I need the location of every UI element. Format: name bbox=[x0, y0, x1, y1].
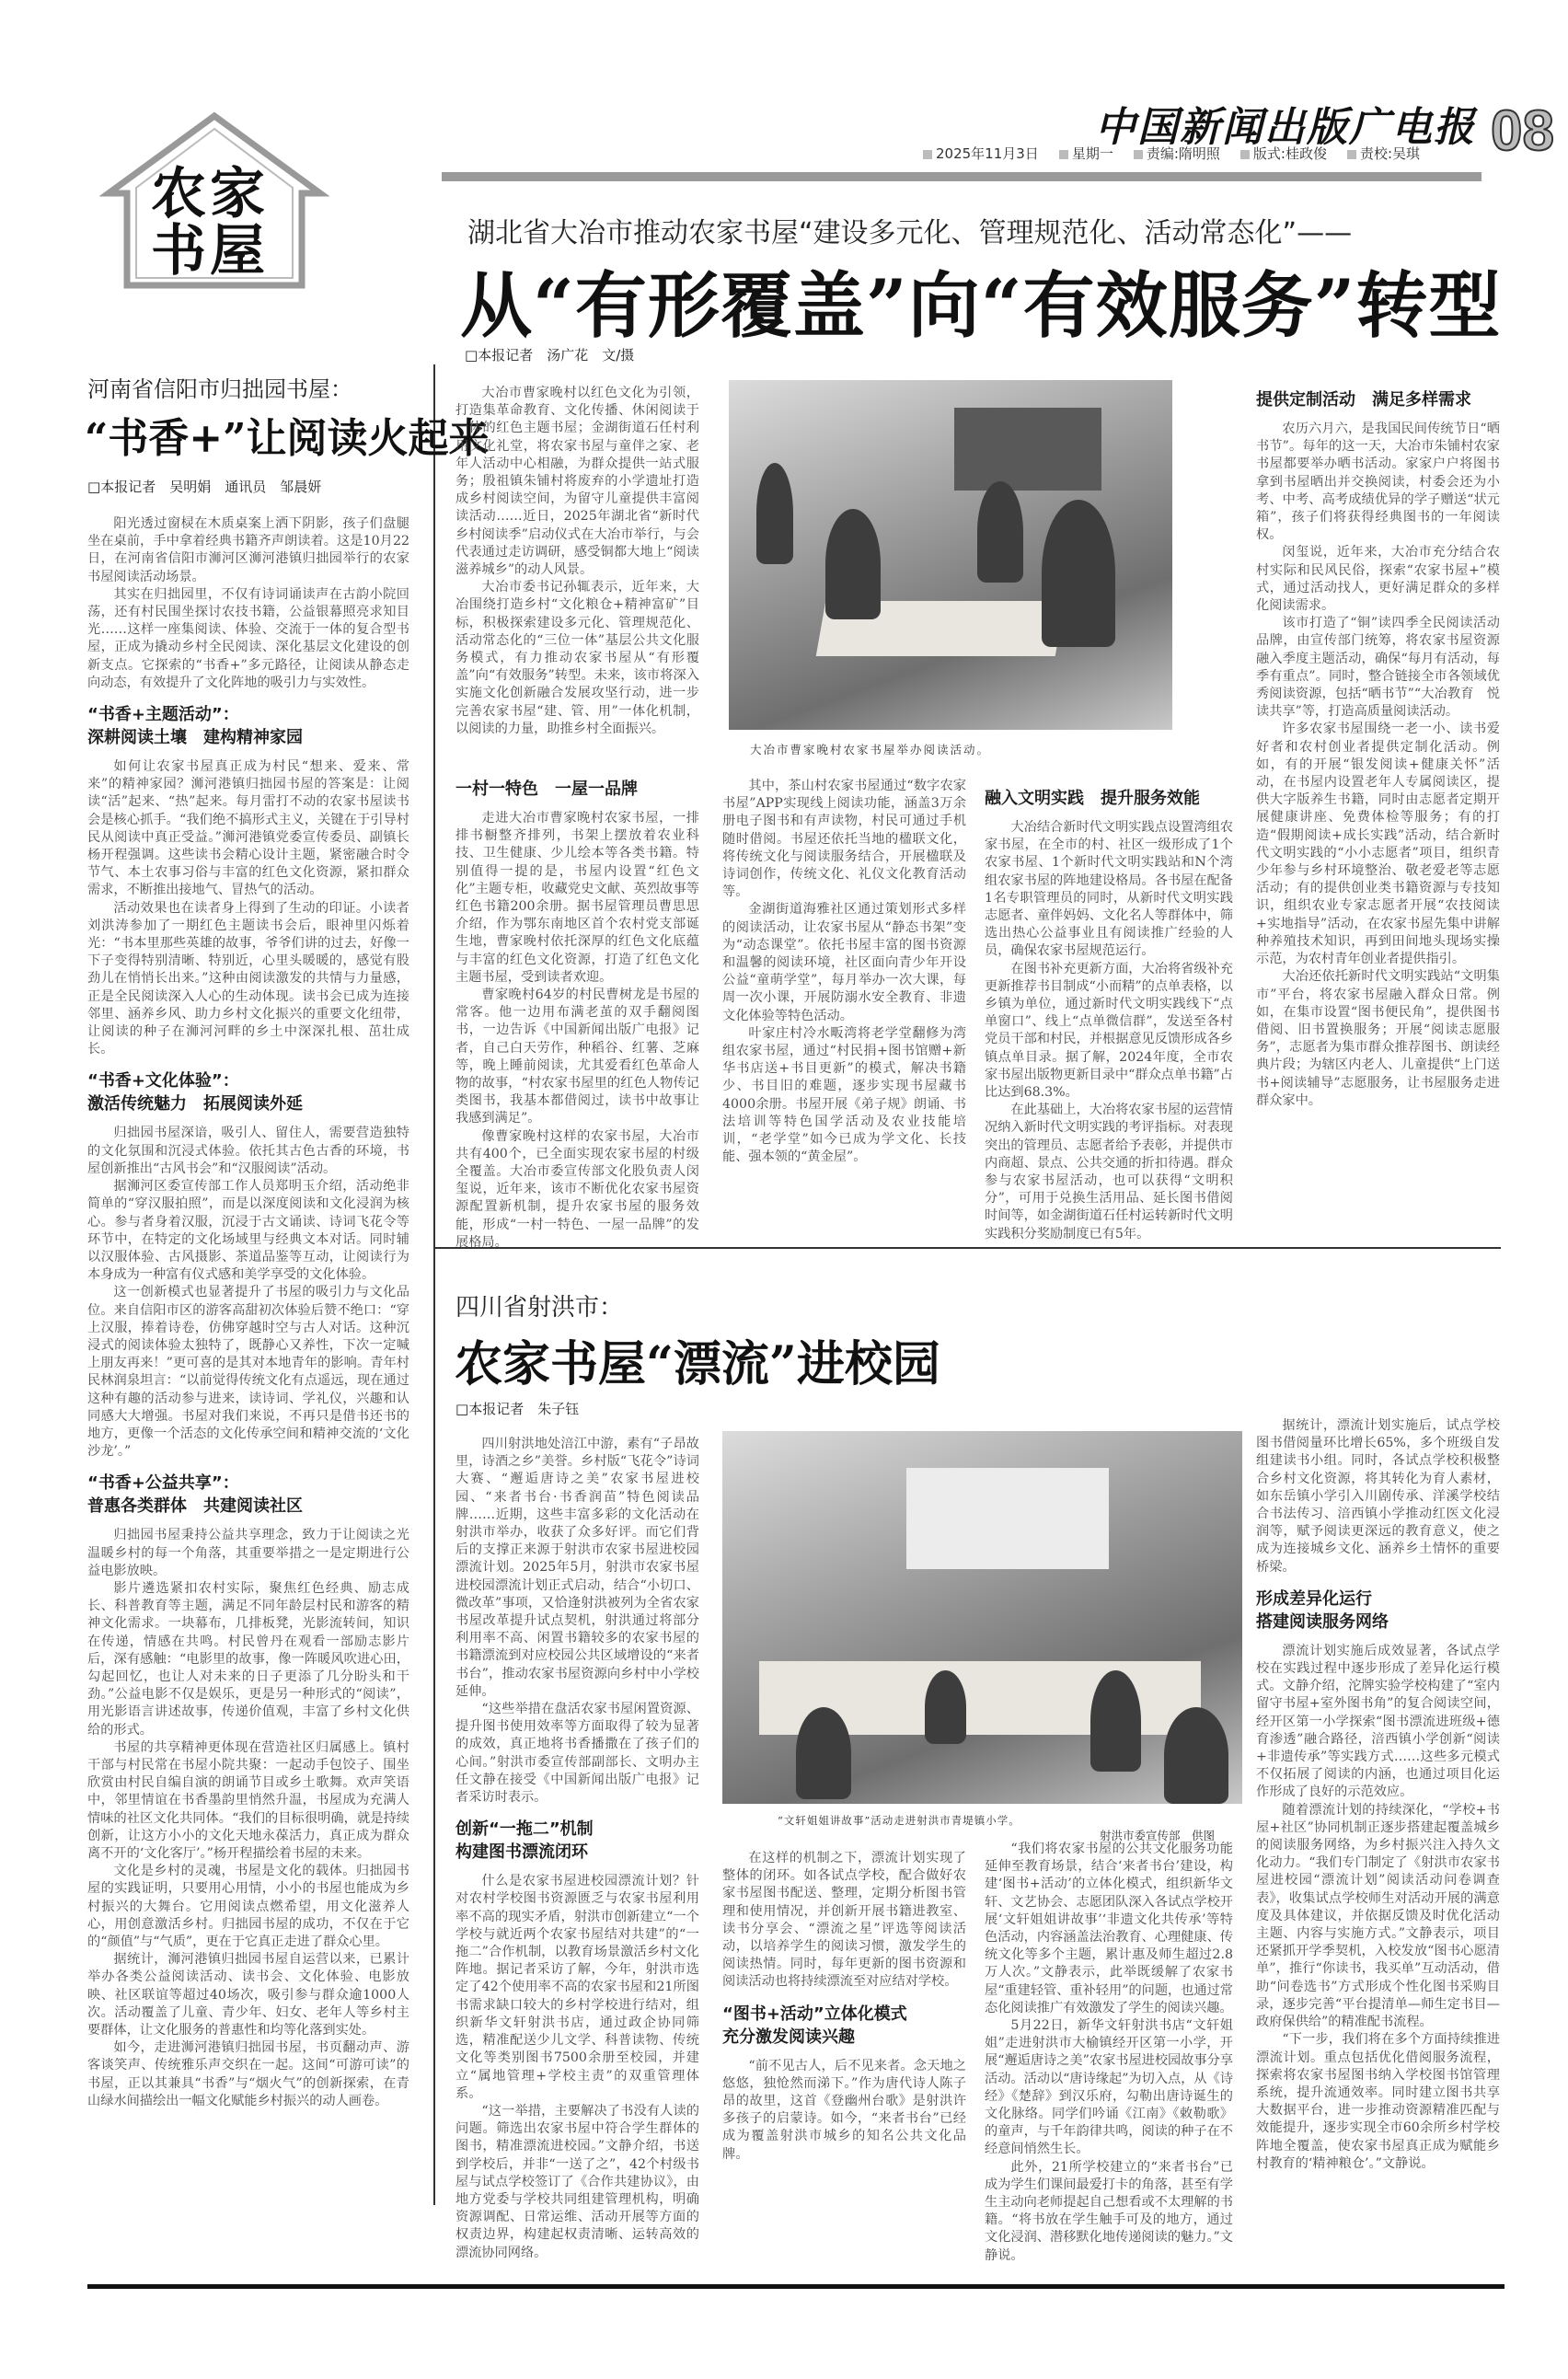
paragraph: 农历六月六，是我国民间传统节日“晒书节”。每年的这一天，大冶市朱铺村农家书屋都要… bbox=[1256, 421, 1500, 544]
paragraph: 活动效果也在读者身上得到了生动的印证。小读者刘洪涛参加了一期红色主题读书会后，眼… bbox=[87, 900, 409, 1059]
hubei-section-3: 提供定制活动 满足多样需求 农历六月六，是我国民间传统节日“晒书节”。每年的这一… bbox=[1256, 377, 1500, 1110]
paragraph: 大冶还依托新时代文明实践站“文明集市”平台，将农家书屋融入群众日常。例如，在集市… bbox=[1256, 968, 1500, 1110]
sichuan-col-2: 在这样的机制之下，漂流计划实现了整体的闭环。如各试点学校，配合做好农家书屋图书配… bbox=[722, 1850, 966, 2164]
sichuan-byline: 本报记者 朱子钰 bbox=[455, 1399, 579, 1418]
sichuan-photo bbox=[722, 1431, 1242, 1804]
hubei-byline: 本报记者 汤广花 文/摄 bbox=[465, 345, 634, 364]
paragraph: 影片遴选紧扣农村实际，聚焦红色经典、励志成长、科普教育等主题，满足不同年龄层村民… bbox=[87, 1580, 409, 1739]
paragraph: “这一举措，主要解决了书没有人读的问题。筛选出农家书屋中符合学生群体的图书，精准… bbox=[455, 2103, 699, 2262]
page-bottom-rule bbox=[87, 2284, 1505, 2289]
paragraph: 在图书补充更新方面，大冶将省级补充更新推荐书目制成“小而精”的点单表格，以乡镇为… bbox=[985, 961, 1233, 1103]
column-divider bbox=[433, 364, 435, 2205]
paragraph: 如今，走进浉河港镇归拙园书屋，书页翻动声、游客谈笑声、传统雅乐声交织在一起。这间… bbox=[87, 2039, 409, 2110]
paragraph: 5月22日，新华文轩射洪书店“文轩姐姐”走进射洪市大榆镇经开区第一小学，开展“邂… bbox=[985, 2017, 1233, 2159]
editor-credit: 责编:隋明照 bbox=[1134, 144, 1220, 163]
paragraph: 闵玺说，近年来，大冶市充分结合农村实际和民风民俗，探索“农家书屋+”模式，通过活… bbox=[1256, 544, 1500, 615]
paragraph: 归拙园书屋秉持公益共享理念，致力于让阅读之光温暖乡村的每一个角落，其重要举措之一… bbox=[87, 1527, 409, 1580]
paragraph: 许多农家书屋围绕一老一小、读书爱好者和农村创业者提供定制化活动。例如，有的开展“… bbox=[1256, 721, 1500, 968]
paragraph: 曹家晚村64岁的村民曹树龙是书屋的常客。他一边用布满老茧的双手翻阅图书，一边告诉… bbox=[455, 987, 699, 1128]
section-label-house: 农家 书屋 bbox=[99, 109, 329, 293]
subheading: 融入文明实践 提升服务效能 bbox=[985, 787, 1233, 810]
sichuan-intro: 四川射洪地处涪江中游，素有“子昂故里，诗酒之乡”美誉。乡村版“飞花令”诗词大赛、… bbox=[455, 1436, 699, 2262]
hubei-headline: 从“有形覆盖”向“有效服务”转型 bbox=[460, 248, 1501, 352]
sichuan-headline: 农家书屋“漂流”进校园 bbox=[455, 1325, 940, 1394]
henan-kicker: 河南省信阳市归拙园书屋： bbox=[87, 371, 352, 403]
subheading: 形成差异化运行 搭建阅读服务网络 bbox=[1256, 1588, 1500, 1634]
sichuan-kicker: 四川省射洪市： bbox=[455, 1288, 623, 1322]
hubei-section-1: 一村一特色 一屋一品牌 走进大冶市曹家晚村农家书屋，一排排书橱整齐排列，书架上摆… bbox=[455, 778, 699, 1252]
paragraph: “下一步，我们将在多个方面持续推进漂流计划。重点包括优化借阅服务流程，探索将农家… bbox=[1256, 2031, 1500, 2173]
paragraph: 大冶市曹家晚村以红色文化为引领，打造集革命教育、文化传播、休闲阅读于一体的红色主… bbox=[455, 385, 699, 579]
page-number: 08 bbox=[1491, 103, 1554, 160]
paragraph: 叶家庄村冷水畈湾将老学堂翻修为湾组农家书屋，通过“村民捐+图书馆赠+新华书店送+… bbox=[722, 1025, 966, 1167]
paragraph: 据统计，漂流计划实施后，试点学校图书借阅量环比增长65%，多个班级自发组建读书小… bbox=[1256, 1417, 1500, 1576]
layout-credit: 版式:桂政俊 bbox=[1240, 144, 1327, 163]
paragraph: 大冶市委书记孙辄表示，近年来，大冶围绕打造乡村“文化粮仓+精神富矿”目标，积极探… bbox=[455, 579, 699, 738]
paragraph: 四川射洪地处涪江中游，素有“子昂故里，诗酒之乡”美誉。乡村版“飞花令”诗词大赛、… bbox=[455, 1436, 699, 1701]
paragraph: 在这样的机制之下，漂流计划实现了整体的闭环。如各试点学校，配合做好农家书屋图书配… bbox=[722, 1850, 966, 1992]
paragraph: 在此基础上，大冶将农家书屋的运营情况纳入新时代文明实践的考评指标。对表现突出的管… bbox=[985, 1102, 1233, 1243]
paragraph: 其中，茶山村农家书屋通过“数字农家书屋”APP实现线上阅读功能，涵盖3万余册电子… bbox=[722, 778, 966, 901]
subheading: “书香+文化体验”： 激活传统魅力 拓展阅读外延 bbox=[87, 1069, 409, 1115]
hubei-photo-caption: 大冶市曹家晚村农家书屋举办阅读活动。 bbox=[750, 741, 990, 757]
paragraph: 如何让农家书屋真正成为村民“想来、爱来、常来”的精神家园？浉河港镇归拙园书屋的答… bbox=[87, 758, 409, 900]
issue-meta: 2025年11月3日 星期一 责编:隋明照 版式:桂政俊 责校:吴琪 bbox=[923, 144, 1420, 163]
section-label: 农家 书屋 bbox=[151, 166, 289, 280]
paragraph: 随着漂流计划的持续深化，“学校+书屋+社区”协同机制正逐步搭建起覆盖城乡的阅读服… bbox=[1256, 1802, 1500, 2032]
sichuan-photo-caption: “文轩姐姐讲故事”活动走进射洪市青堤镇小学。 bbox=[778, 1813, 1020, 1828]
subheading: 提供定制活动 满足多样需求 bbox=[1256, 388, 1500, 411]
issue-date: 2025年11月3日 bbox=[923, 144, 1039, 163]
paragraph: 据浉河区委宣传部工作人员郑明玉介绍，活动绝非简单的“穿汉服拍照”，而是以深度阅读… bbox=[87, 1178, 409, 1284]
paragraph: 什么是农家书屋进校园漂流计划？针对农村学校图书资源匮乏与农家书屋利用率不高的现实… bbox=[455, 1873, 699, 2103]
subheading: 创新“一拖二”机制 构建图书漂流闭环 bbox=[455, 1818, 699, 1864]
paragraph: “我们将农家书屋的公共文化服务功能延伸至教育场景，结合‘来者书台’建设，构建‘图… bbox=[985, 1841, 1233, 2017]
henan-byline: 本报记者 吴明娟 通讯员 邹晨妍 bbox=[87, 477, 321, 496]
paragraph: 书屋的共享精神更体现在营造社区归属感上。镇村干部与村民常在书屋小院共聚：一起动手… bbox=[87, 1739, 409, 1863]
paragraph: 据统计，浉河港镇归拙园书屋自运营以来，已累计举办各类公益阅读活动、读书会、文化体… bbox=[87, 1951, 409, 2039]
sichuan-col-3: “我们将农家书屋的公共文化服务功能延伸至教育场景，结合‘来者书台’建设，构建‘图… bbox=[985, 1841, 1233, 2265]
paragraph: 这一创新模式也显著提升了书屋的吸引力与文化品位。来自信阳市区的游客高甜初次体验后… bbox=[87, 1284, 409, 1461]
henan-article: 阳光透过窗棂在木质桌案上洒下阴影，孩子们盘腿坐在桌前，手中拿着经典书籍齐声朗读着… bbox=[87, 515, 409, 2110]
paragraph: 此外，21所学校建立的“来者书台”已成为学生们课间最爱打卡的角落，甚至有学生主动… bbox=[985, 2159, 1233, 2265]
hubei-photo bbox=[729, 380, 1172, 730]
paragraph: 其实在归拙园里，不仅有诗词诵读声在古韵小院回荡，还有村民围坐探讨农技书籍，公益银… bbox=[87, 586, 409, 692]
paragraph: 漂流计划实施后成效显著，各试点学校在实践过程中逐步形成了差异化运行模式。文静介绍… bbox=[1256, 1643, 1500, 1802]
paragraph: 像曹家晚村这样的农家书屋，大冶市共有400个，已全面实现农家书屋的村级全覆盖。大… bbox=[455, 1128, 699, 1252]
paragraph: 文化是乡村的灵魂，书屋是文化的载体。归拙园书屋的实践证明，只要用心用情，小小的书… bbox=[87, 1863, 409, 1951]
hubei-kicker: 湖北省大冶市推动农家书屋“建设多元化、管理规范化、活动常态化”—— bbox=[467, 210, 1352, 250]
proofreader-credit: 责校:吴琪 bbox=[1347, 144, 1420, 163]
subheading: “图书+活动”立体化模式 充分激发阅读兴趣 bbox=[722, 2003, 966, 2049]
masthead-rule bbox=[442, 172, 1482, 181]
hubei-intro: 大冶市曹家晚村以红色文化为引领，打造集革命教育、文化传播、休闲阅读于一体的红色主… bbox=[455, 385, 699, 738]
issue-weekday: 星期一 bbox=[1059, 144, 1113, 163]
paragraph: “前不见古人，后不见来者。念天地之悠悠，独怆然而涕下。”作为唐代诗人陈子昂的故里… bbox=[722, 2058, 966, 2164]
paragraph: 走进大冶市曹家晚村农家书屋，一排排书橱整齐排列，书架上摆放着农业科技、卫生健康、… bbox=[455, 810, 699, 987]
subheading: 一村一特色 一屋一品牌 bbox=[455, 778, 699, 801]
paragraph: “这些举措在盘活农家书屋闲置资源、提升图书使用效率等方面取得了较为显著的成效，真… bbox=[455, 1701, 699, 1807]
henan-headline: “书香+”让阅读火起来 bbox=[85, 405, 489, 464]
hubei-section-2: 融入文明实践 提升服务效能 大冶结合新时代文明实践点设置湾组农家书屋，在全市的村… bbox=[985, 787, 1233, 1243]
paragraph: 阳光透过窗棂在木质桌案上洒下阴影，孩子们盘腿坐在桌前，手中拿着经典书籍齐声朗读着… bbox=[87, 515, 409, 586]
subheading: “书香+公益共享”： 普惠各类群体 共建阅读社区 bbox=[87, 1472, 409, 1518]
hubei-section-1-cont: 其中，茶山村农家书屋通过“数字农家书屋”APP实现线上阅读功能，涵盖3万余册电子… bbox=[722, 778, 966, 1166]
sichuan-col-4: 据统计，漂流计划实施后，试点学校图书借阅量环比增长65%，多个班级自发组建读书小… bbox=[1256, 1417, 1500, 2173]
subheading: “书香+主题活动”： 深耕阅读土壤 建构精神家园 bbox=[87, 703, 409, 749]
paragraph: 金湖街道海雅社区通过策划形式多样的阅读活动，让农家书屋从“静态书架”变为“动态课… bbox=[722, 901, 966, 1024]
paragraph: 归拙园书屋深谙，吸引人、留住人，需要营造独特的文化氛围和沉浸式体验。依托其古色古… bbox=[87, 1125, 409, 1178]
paragraph: 大冶结合新时代文明实践点设置湾组农家书屋，在全市的村、社区一级形成了1个农家书屋… bbox=[985, 819, 1233, 961]
paragraph: 该市打造了“铜”读四季全民阅读活动品牌，由宣传部门统筹，将农家书屋资源融入季度主… bbox=[1256, 615, 1500, 721]
